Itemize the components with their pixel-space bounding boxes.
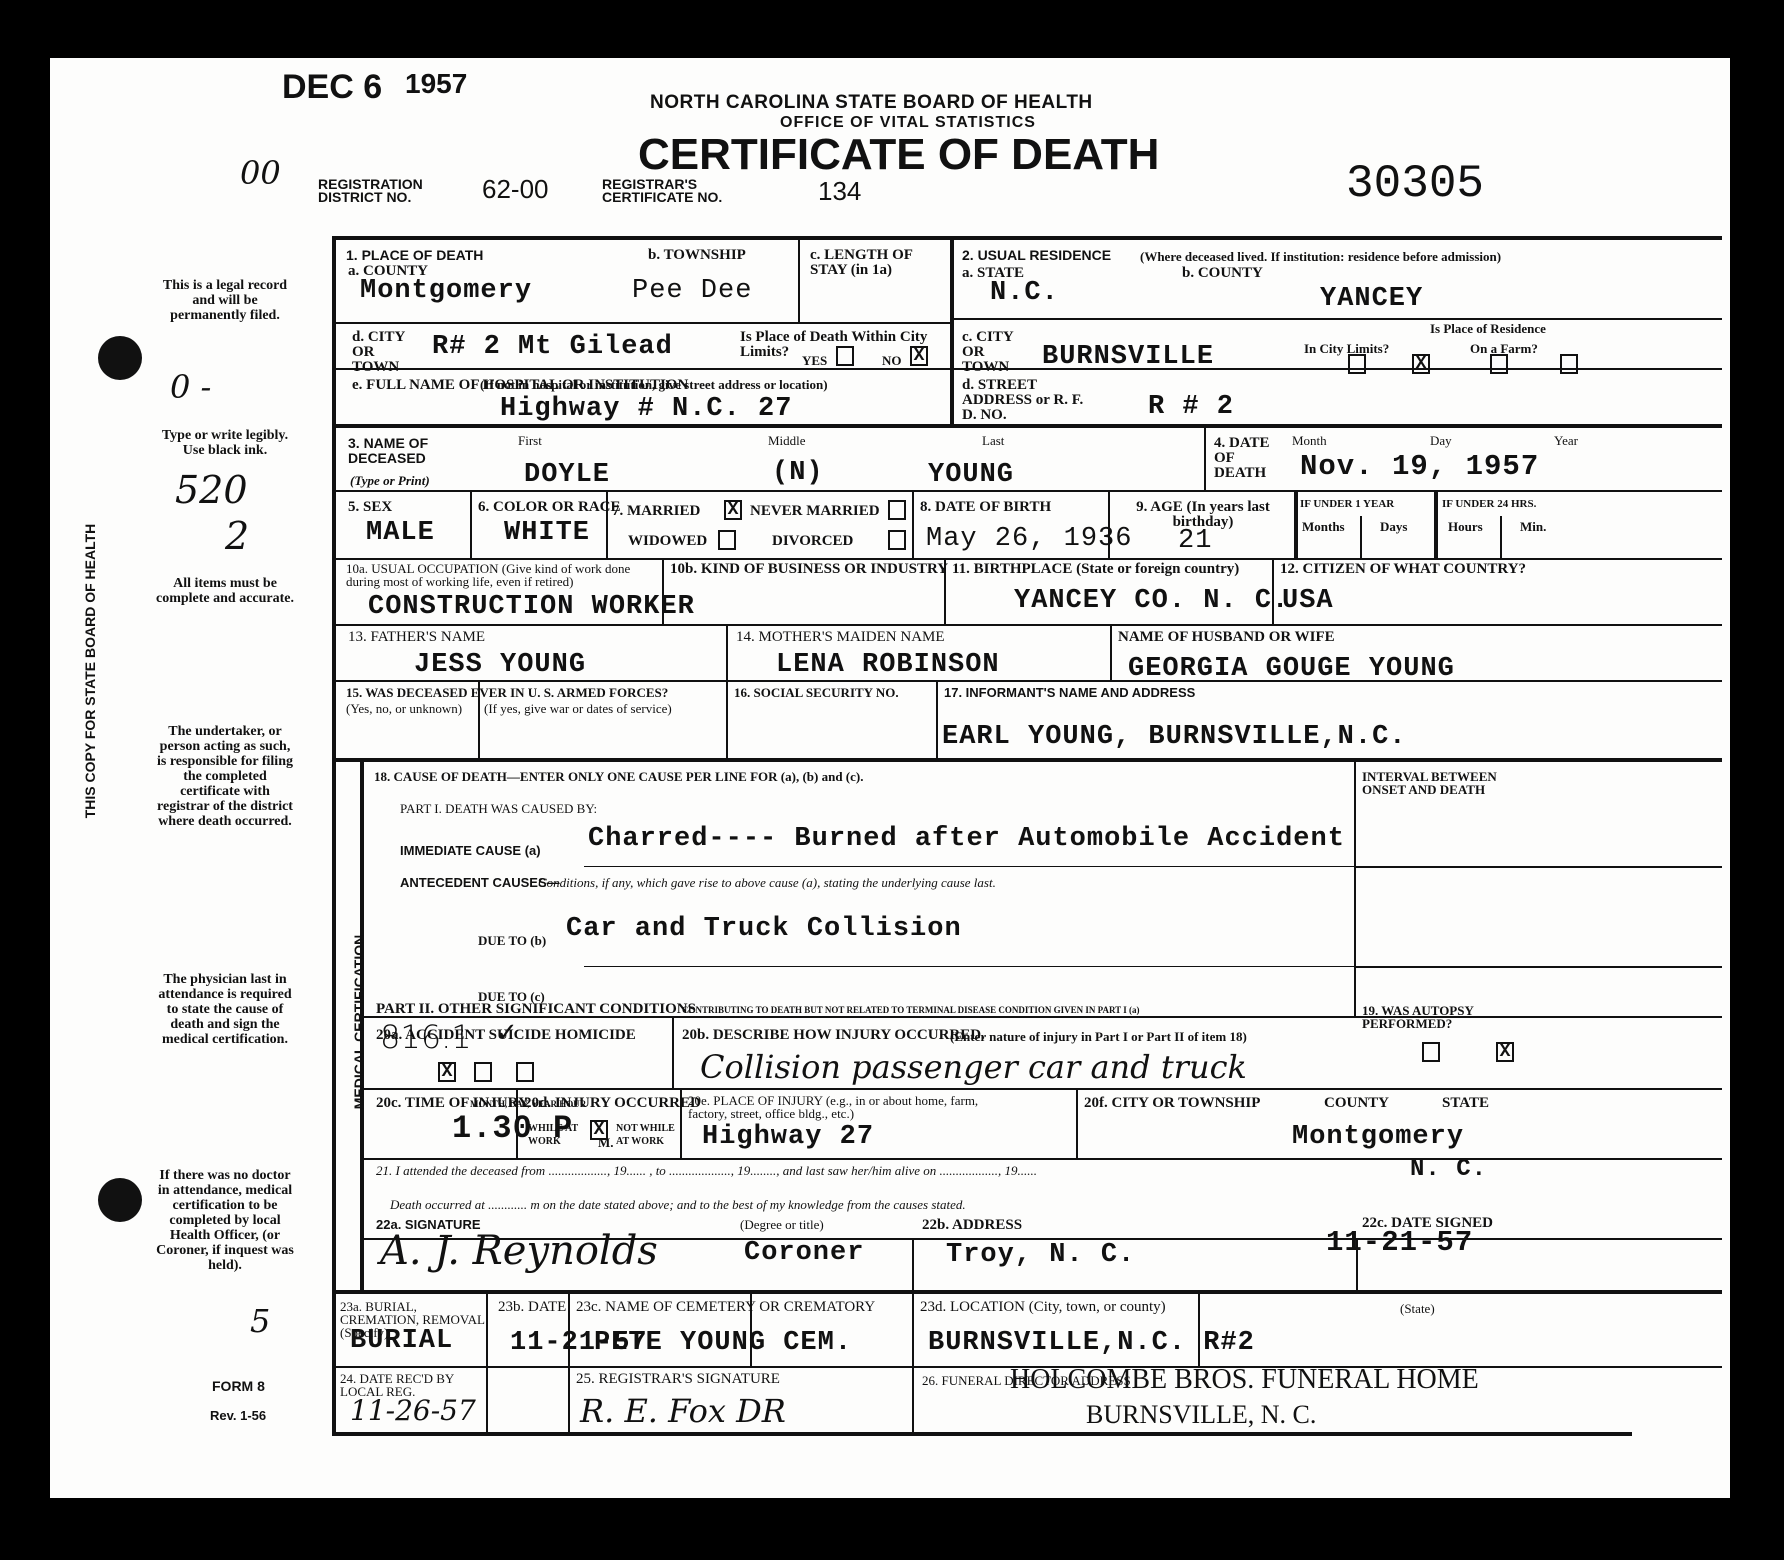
never-married-label: NEVER MARRIED — [750, 504, 880, 519]
length-of-stay-label: c. LENGTH OF STAY (in 1a) — [810, 248, 945, 278]
never-married-checkbox[interactable] — [888, 500, 906, 520]
months-label: Months — [1302, 520, 1345, 533]
divorced-label: DIVORCED — [772, 534, 853, 549]
hours-label: Hours — [1448, 520, 1483, 533]
date-received-value: 11-26-57 — [350, 1394, 476, 1427]
widowed-label: WIDOWED — [628, 534, 707, 549]
injury-county-value: Montgomery — [1292, 1122, 1464, 1152]
injury-city-label: 20f. CITY OR TOWNSHIP — [1084, 1096, 1260, 1111]
spouse-label: NAME OF HUSBAND OR WIFE — [1118, 630, 1335, 645]
location-state-label: (State) — [1400, 1302, 1435, 1315]
month-label: Month — [1292, 434, 1327, 447]
margin-note-legal: This is a legal record and will be perma… — [155, 278, 295, 323]
industry-label: 10b. KIND OF BUSINESS OR INDUSTRY — [670, 562, 948, 577]
death-county-value: Montgomery — [360, 276, 532, 306]
min-label: Min. — [1520, 520, 1546, 533]
received-stamp-date: DEC 6 — [282, 68, 382, 107]
residence-city-value: BURNSVILLE — [1042, 342, 1214, 372]
degree-value: Coroner — [744, 1238, 864, 1268]
married-label: 7. MARRIED — [612, 504, 700, 519]
margin-note-no-doctor: If there was no doctor in attendance, me… — [155, 1168, 295, 1273]
death-occurred-text: Death occurred at ............ m on the … — [390, 1198, 966, 1211]
dob-label: 8. DATE OF BIRTH — [920, 500, 1051, 515]
race-label: 6. COLOR OR RACE — [478, 500, 621, 515]
describe-injury-value: Collision passenger car and truck — [700, 1048, 1247, 1086]
registrar-cert-label: REGISTRAR'S CERTIFICATE NO. — [602, 178, 777, 204]
middle-label: Middle — [768, 434, 806, 447]
due-to-b-value: Car and Truck Collision — [566, 914, 962, 944]
injury-state-label: STATE — [1442, 1096, 1489, 1111]
margin-note-complete: All items must be complete and accurate. — [155, 576, 295, 606]
last-label: Last — [982, 434, 1004, 447]
accident-checkbox[interactable]: X — [438, 1062, 456, 1082]
ssn-label: 16. SOCIAL SECURITY NO. — [734, 686, 899, 699]
injury-county-label: COUNTY — [1324, 1096, 1389, 1111]
accident-suicide-homicide-label: 20a. ACCIDENT SUICIDE HOMICIDE — [376, 1028, 636, 1043]
middle-name-value: (N) — [772, 458, 824, 488]
residence-county-value: YANCEY — [1320, 284, 1423, 314]
under-1-year-label: IF UNDER 1 YEAR — [1300, 498, 1394, 511]
father-value: JESS YOUNG — [414, 650, 586, 680]
registration-district-label: REGISTRATION DISTRICT NO. — [318, 178, 468, 204]
part-two-label: PART II. OTHER SIGNIFICANT CONDITIONS — [376, 1002, 696, 1017]
form-number: FORM 8 — [212, 1378, 265, 1394]
hand-code-0: 0 - — [170, 368, 211, 406]
immediate-cause-label: IMMEDIATE CAUSE (a) — [400, 844, 541, 857]
date-of-death-value: Nov. 19, 1957 — [1300, 450, 1539, 483]
race-value: WHITE — [504, 518, 590, 548]
immediate-cause-value: Charred---- Burned after Automobile Acci… — [588, 824, 1345, 854]
registrar-cert-number: 134 — [818, 176, 861, 207]
occupation-value: CONSTRUCTION WORKER — [368, 592, 695, 622]
first-label: First — [518, 434, 542, 447]
widowed-checkbox[interactable] — [718, 530, 736, 550]
father-label: 13. FATHER'S NAME — [348, 630, 485, 645]
date-signed-value: 11-21-57 — [1326, 1226, 1473, 1259]
medical-certification-side-label: MEDICAL CERTIFICATION — [351, 897, 367, 1147]
degree-label: (Degree or title) — [740, 1218, 824, 1231]
in-city-no-checkbox[interactable]: X — [1412, 354, 1430, 374]
place-of-injury-label: 20e. PLACE OF INJURY (e.g., in or about … — [688, 1094, 988, 1120]
while-at-work-label: WHILE AT WORK — [528, 1122, 584, 1148]
cemetery-label: 23c. NAME OF CEMETERY OR CREMATORY — [576, 1300, 875, 1315]
under-24-hrs-label: IF UNDER 24 HRS. — [1442, 498, 1536, 511]
certificate-number: 30305 — [1346, 158, 1484, 210]
attended-text: 21. I attended the deceased from .......… — [376, 1164, 1037, 1177]
due-to-b-label: DUE TO (b) — [478, 934, 546, 947]
occupation-label: 10a. USUAL OCCUPATION (Give kind of work… — [346, 562, 658, 588]
autopsy-label: 19. WAS AUTOPSY PERFORMED? — [1362, 1004, 1522, 1030]
residence-note: (Where deceased lived. If institution: r… — [1140, 250, 1501, 263]
injury-state-value: N. C. — [1410, 1156, 1487, 1183]
residence-state-value: N.C. — [990, 278, 1059, 308]
township-value: Pee Dee — [632, 276, 752, 306]
injury-occurred-label: 20d. INJURY OCCURRED — [524, 1096, 701, 1111]
funeral-home-value: HOLCOMBE BROS. FUNERAL HOME — [1010, 1364, 1479, 1396]
describe-injury-note: (Enter nature of injury in Part I or Par… — [950, 1030, 1247, 1043]
registrar-signature-label: 25. REGISTRAR'S SIGNATURE — [576, 1372, 780, 1387]
hand-code-2: 2 — [225, 514, 249, 558]
married-checkbox[interactable]: X — [724, 500, 742, 520]
registrar-signature: R. E. Fox DR — [580, 1392, 786, 1430]
township-label: b. TOWNSHIP — [648, 248, 746, 263]
residence-label: 2. USUAL RESIDENCE — [962, 248, 1111, 263]
deceased-name-label: 3. NAME OF DECEASED — [348, 436, 458, 466]
hand-code-5: 5 — [250, 1302, 270, 1340]
sex-label: 5. SEX — [348, 500, 392, 515]
farm-no-checkbox[interactable] — [1560, 354, 1578, 374]
coroner-signature: A. J. Reynolds — [380, 1228, 658, 1274]
last-name-value: YOUNG — [928, 460, 1014, 490]
part-one-label: PART I. DEATH WAS CAUSED BY: — [400, 802, 597, 815]
address-label: 22b. ADDRESS — [922, 1218, 1022, 1233]
first-name-value: DOYLE — [524, 460, 610, 490]
homicide-checkbox[interactable] — [516, 1062, 534, 1082]
street-value: R # 2 — [1148, 392, 1234, 422]
day-label: Day — [1430, 434, 1452, 447]
armed-forces-label: 15. WAS DECEASED EVER IN U. S. ARMED FOR… — [346, 686, 668, 699]
armed-sub2: (If yes, give war or dates of service) — [484, 702, 672, 715]
days-label: Days — [1380, 520, 1407, 533]
divorced-checkbox[interactable] — [888, 530, 906, 550]
cause-of-death-label: 18. CAUSE OF DEATH—ENTER ONLY ONE CAUSE … — [374, 770, 863, 783]
is-place-label: Is Place of Residence — [1430, 322, 1546, 335]
suicide-checkbox[interactable] — [474, 1062, 492, 1082]
page-title: CERTIFICATE OF DEATH — [638, 130, 1159, 180]
antecedent-note: Conditions, if any, which gave rise to a… — [538, 876, 996, 889]
death-city-value: R# 2 Mt Gilead — [432, 332, 673, 362]
birthplace-value: YANCEY CO. N. C. — [1014, 586, 1289, 616]
street-label: d. STREET ADDRESS or R. F. D. NO. — [962, 378, 1092, 423]
in-city-yes-checkbox[interactable] — [1348, 354, 1366, 374]
residence-city-label: c. CITY OR TOWN — [962, 330, 1032, 375]
address-value: Troy, N. C. — [946, 1240, 1135, 1270]
location-value: BURNSVILLE,N.C. R#2 — [928, 1328, 1255, 1358]
farm-yes-checkbox[interactable] — [1490, 354, 1508, 374]
within-city-no-checkbox[interactable]: X — [910, 346, 928, 366]
funeral-home-city: BURNSVILLE, N. C. — [1086, 1400, 1316, 1430]
part-two-note: CONTRIBUTING TO DEATH BUT NOT RELATED TO… — [682, 1004, 1139, 1017]
birthplace-label: 11. BIRTHPLACE (State or foreign country… — [952, 562, 1239, 577]
yes-label: YES — [802, 354, 827, 367]
punch-hole — [98, 336, 142, 380]
autopsy-no-checkbox[interactable]: X — [1496, 1042, 1514, 1062]
punch-hole — [98, 1178, 142, 1222]
type-or-print: (Type or Print) — [350, 474, 430, 487]
spouse-value: GEORGIA GOUGE YOUNG — [1128, 654, 1455, 684]
hand-code-520: 520 — [175, 468, 248, 512]
place-of-death-label: 1. PLACE OF DEATH — [346, 248, 483, 263]
vertical-copy-label: THIS COPY FOR STATE BOARD OF HEALTH — [82, 501, 98, 841]
informant-value: EARL YOUNG, BURNSVILLE,N.C. — [942, 722, 1406, 752]
autopsy-yes-checkbox[interactable] — [1422, 1042, 1440, 1062]
mother-value: LENA ROBINSON — [776, 650, 1000, 680]
cemetery-value: PETE YOUNG CEM. — [594, 1328, 852, 1358]
informant-label: 17. INFORMANT'S NAME AND ADDRESS — [944, 686, 1195, 699]
hospital-value: Highway # N.C. 27 — [500, 394, 792, 424]
received-stamp-year: 1957 — [405, 68, 467, 100]
burial-date-label: 23b. DATE — [498, 1300, 566, 1315]
armed-sub1: (Yes, no, or unknown) — [346, 702, 462, 715]
while-at-work-checkbox[interactable]: X — [590, 1120, 608, 1140]
not-while-at-work-label: NOT WHILE AT WORK — [616, 1122, 676, 1148]
interval-label: INTERVAL BETWEEN ONSET AND DEATH — [1362, 770, 1522, 796]
no-label: NO — [882, 354, 902, 367]
margin-note-undertaker: The undertaker, or person acting as such… — [155, 724, 295, 829]
sex-value: MALE — [366, 518, 435, 548]
dob-value: May 26, 1936 — [926, 524, 1132, 554]
place-of-injury-value: Highway 27 — [702, 1122, 874, 1152]
date-of-death-label: 4. DATE OF DEATH — [1214, 436, 1286, 481]
citizen-label: 12. CITIZEN OF WHAT COUNTRY? — [1280, 562, 1526, 577]
city-label: d. CITY OR TOWN — [352, 330, 422, 375]
antecedent-label: ANTECEDENT CAUSES— — [400, 876, 560, 889]
disposition-value: BURIAL — [350, 1326, 453, 1356]
form-revision: Rev. 1-56 — [210, 1408, 266, 1423]
within-city-yes-checkbox[interactable] — [836, 346, 854, 366]
margin-note-legibly: Type or write legibly. Use black ink. — [155, 428, 295, 458]
describe-injury-label: 20b. DESCRIBE HOW INJURY OCCURRED. — [682, 1028, 985, 1043]
in-city-label: In City Limits? — [1304, 342, 1389, 355]
registration-district: 62-00 — [482, 174, 549, 205]
age-value: 21 — [1178, 526, 1212, 556]
agency-name: NORTH CAROLINA STATE BOARD OF HEALTH — [650, 92, 1093, 114]
margin-note-physician: The physician last in attendance is requ… — [155, 972, 295, 1047]
year-label: Year — [1554, 434, 1578, 447]
location-label: 23d. LOCATION (City, town, or county) — [920, 1300, 1166, 1315]
citizen-value: USA — [1282, 586, 1334, 616]
residence-county-label: b. COUNTY — [1182, 266, 1263, 281]
death-certificate: DEC 6 1957 NORTH CAROLINA STATE BOARD OF… — [50, 58, 1730, 1498]
mother-label: 14. MOTHER'S MAIDEN NAME — [736, 630, 945, 645]
hospital-note: (If not in hospital or institution, give… — [480, 378, 828, 391]
handwritten-code: 00 — [240, 154, 281, 192]
